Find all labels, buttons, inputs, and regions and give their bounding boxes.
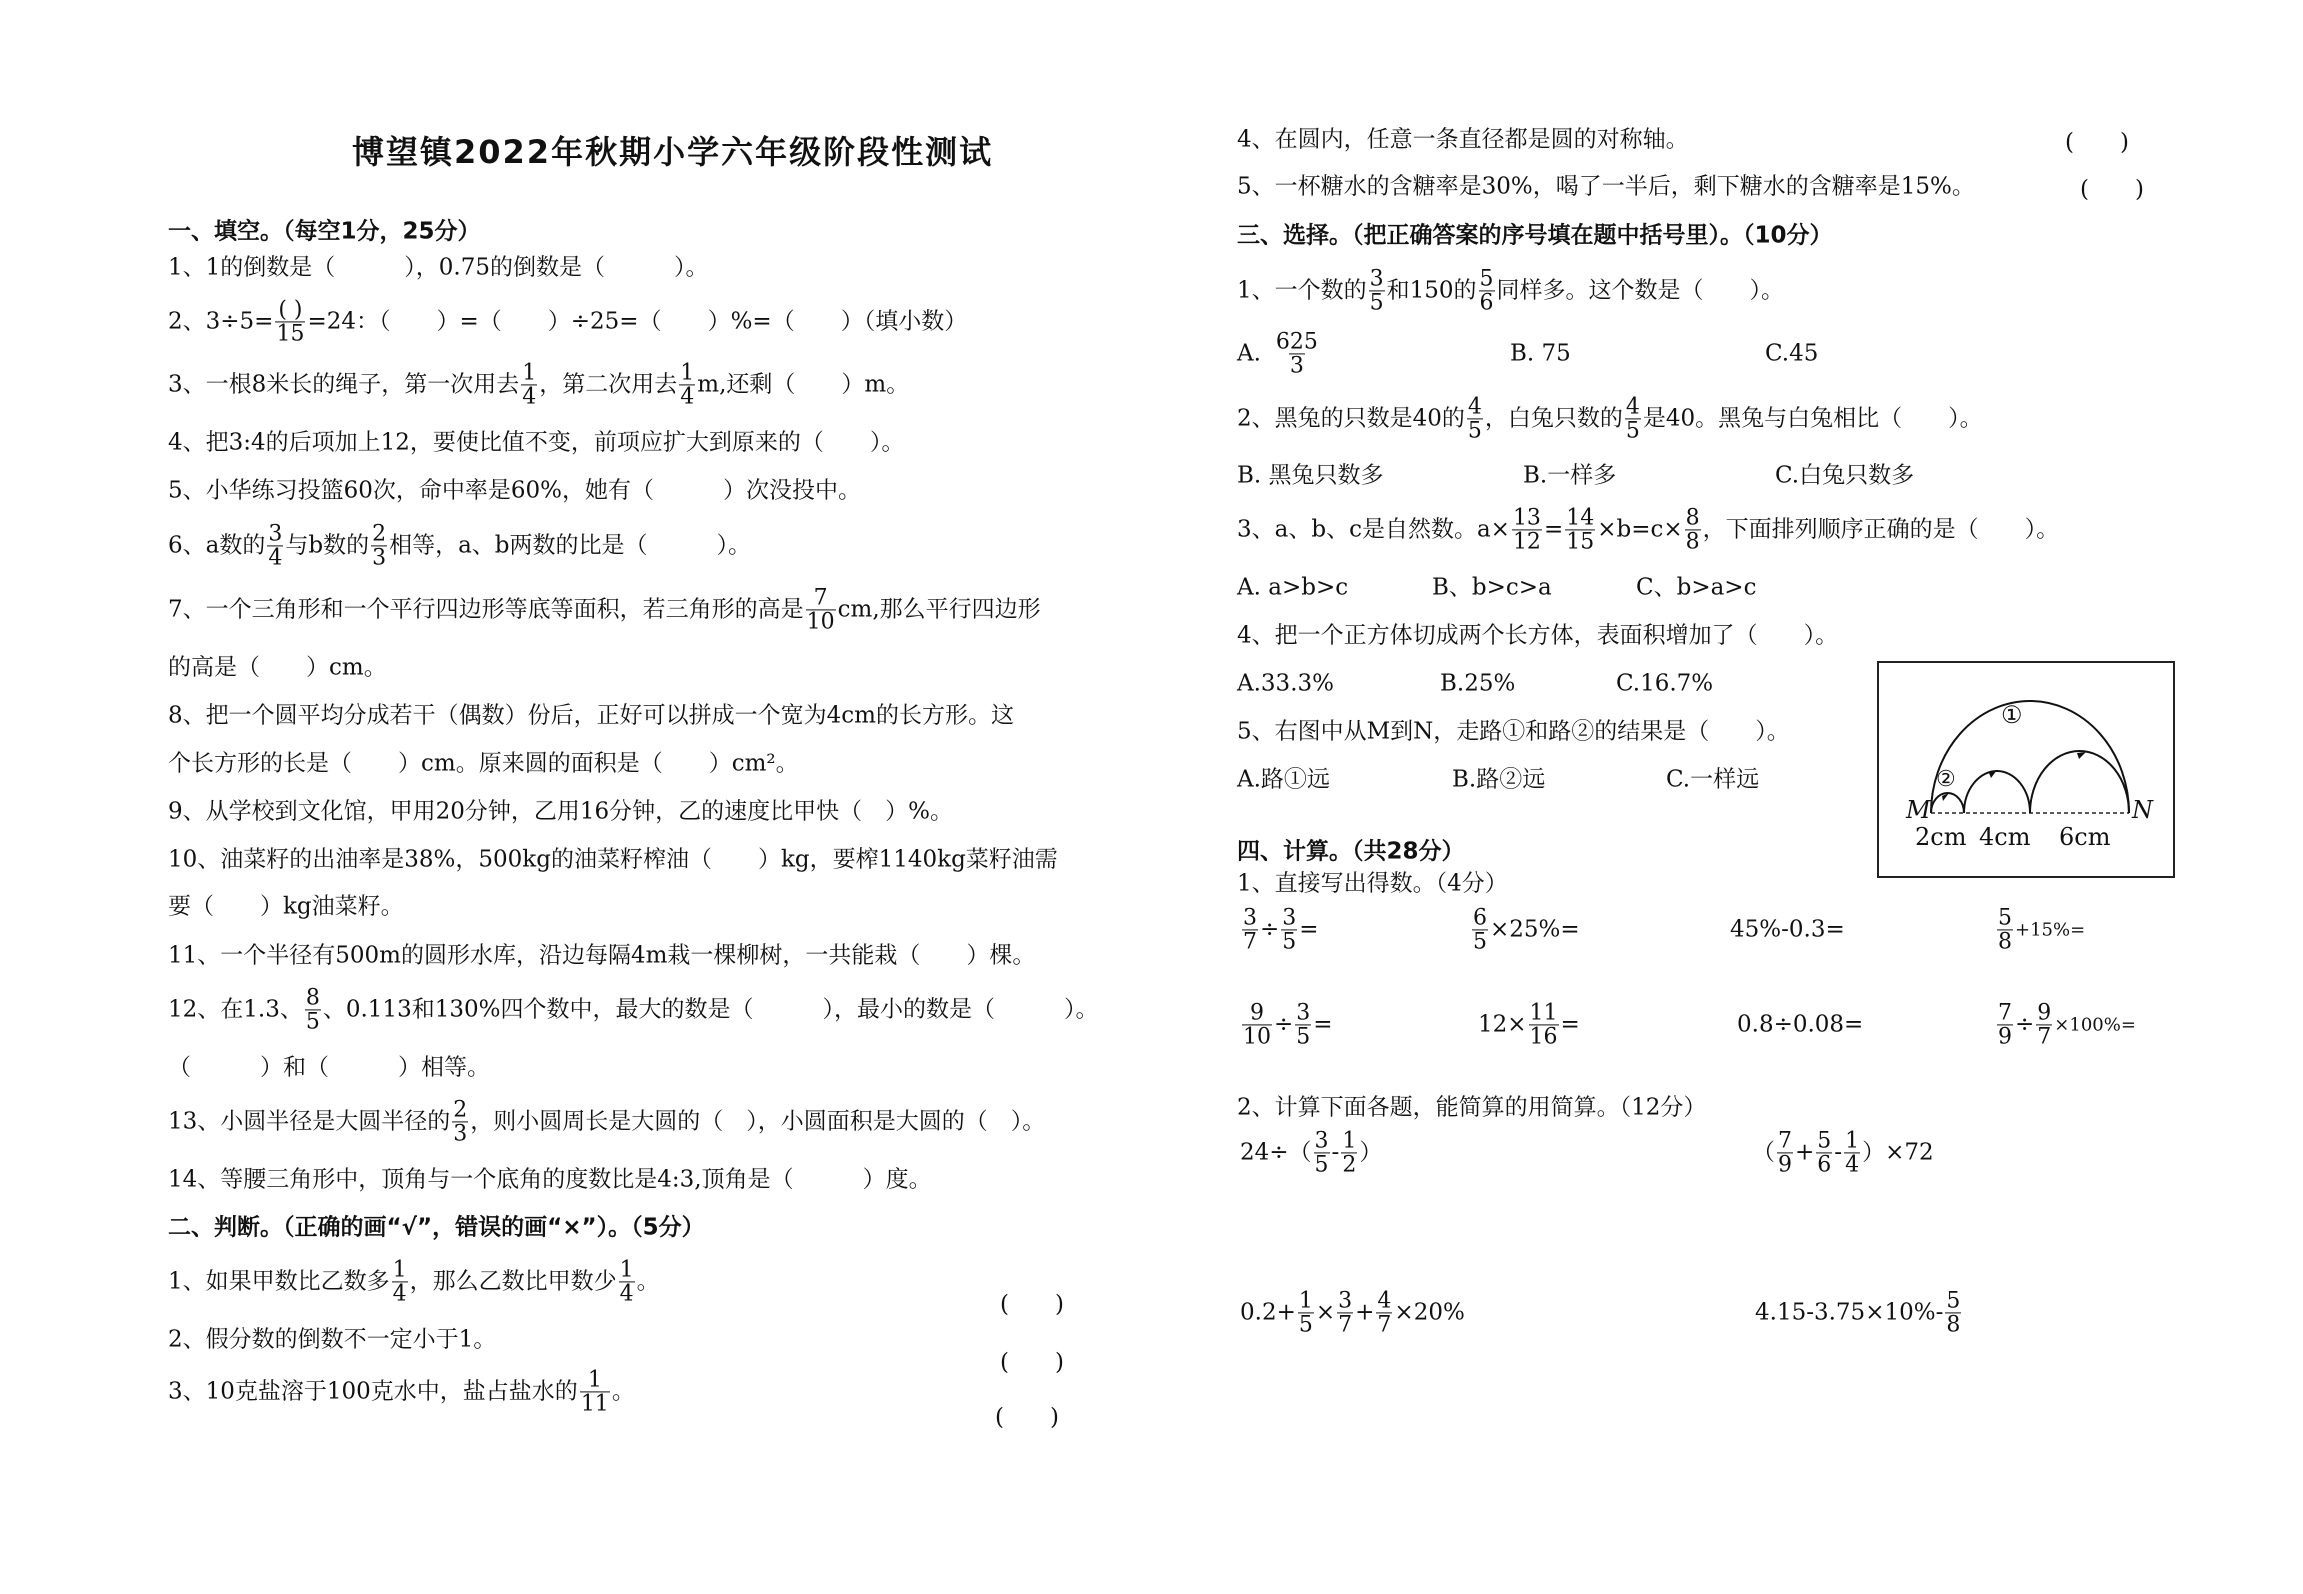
- fraction: 47: [1376, 1289, 1392, 1336]
- choice-q4: 4、把一个正方体切成两个长方体，表面积增加了（ ）。: [1237, 625, 1838, 648]
- fraction: ( )15: [275, 298, 305, 345]
- fill-q14: 14、等腰三角形中，顶角与一个底角的度数比是4:3,顶角是（ ）度。: [168, 1169, 932, 1192]
- segment-6cm-label: 6cm: [2059, 823, 2110, 851]
- calc-prefix: 12×: [1478, 1014, 1527, 1037]
- choice-q3-option-b[interactable]: B、b>c>a: [1432, 577, 1552, 600]
- choice-q1-option-c[interactable]: C.45: [1765, 343, 1818, 366]
- fraction: 65: [1472, 906, 1488, 953]
- fill-q5: 5、小华练习投篮60次，命中率是60%，她有（ ）次没投中。: [168, 480, 861, 503]
- q6-text-c: 相等，a、b两数的比是（ ）。: [389, 535, 751, 558]
- fraction: 37: [1337, 1289, 1353, 1336]
- calc-item: 12× 1116 =: [1478, 1001, 1580, 1048]
- fraction: 79: [1777, 1129, 1793, 1176]
- fraction: 1116: [1529, 1001, 1559, 1048]
- operator: ÷: [1274, 1014, 1293, 1037]
- calc-item: 58 +15%=: [1995, 906, 2085, 953]
- fill-q10-line2: 要（ ）kg油菜籽。: [168, 896, 404, 919]
- calc-item: 45%-0.3=: [1730, 919, 1845, 942]
- calc-part1-heading: 1、直接写出得数。（4分）: [1237, 873, 1508, 896]
- q12-text-a: 12、在1.3、: [168, 999, 303, 1022]
- c1-text-a: 1、一个数的: [1237, 280, 1367, 303]
- expr-suffix: ）×72: [1862, 1142, 1934, 1165]
- q13-text-a: 13、小圆半径是大圆半径的: [168, 1111, 450, 1134]
- calc-item: 37 ÷ 35 =: [1240, 906, 1319, 953]
- judge-q2: 2、假分数的倒数不一定小于1。: [168, 1329, 496, 1352]
- c1-text-b: 和150的: [1387, 280, 1477, 303]
- c2-text-b: ，白兔只数的: [1485, 408, 1623, 431]
- j3-text-a: 3、10克盐溶于100克水中，盐占盐水的: [168, 1381, 578, 1404]
- fraction: 35: [1295, 1001, 1311, 1048]
- choice-q5-option-c[interactable]: C.一样远: [1666, 769, 1759, 792]
- fill-q6: 6、a数的 34 与b数的 23 相等，a、b两数的比是（ ）。: [168, 522, 751, 569]
- choice-q4-option-a[interactable]: A.33.3%: [1237, 673, 1334, 696]
- choice-q1: 1、一个数的 35 和150的 56 同样多。这个数是（ ）。: [1237, 267, 1784, 314]
- fill-q9: 9、从学校到文化馆，甲用20分钟，乙用16分钟，乙的速度比甲快（ ）%。: [168, 801, 953, 824]
- expr-prefix: 4.15-3.75×10%-: [1755, 1302, 1943, 1325]
- choice-q3-option-a[interactable]: A. a>b>c: [1237, 577, 1348, 600]
- fraction: 37: [1242, 906, 1258, 953]
- judge-q3: 3、10克盐溶于100克水中，盐占盐水的 111 。: [168, 1368, 635, 1415]
- choice-q1-option-b[interactable]: B. 75: [1510, 343, 1571, 366]
- c2-text-a: 2、黑兔的只数是40的: [1237, 408, 1465, 431]
- choice-q1-option-a[interactable]: A. 6253: [1237, 330, 1321, 377]
- calc-item: 65 ×25%=: [1470, 906, 1580, 953]
- calc-expression: 24÷（ 35 - 12 ）: [1240, 1129, 1382, 1176]
- section3-heading: 三、选择。（把正确答案的序号填在题中括号里）。（10分）: [1237, 225, 1833, 248]
- fraction: 1415: [1565, 506, 1595, 553]
- equals-tail: +15%=: [2015, 921, 2085, 939]
- operator: ÷: [2015, 1014, 2034, 1037]
- fraction: 12: [1341, 1129, 1357, 1176]
- equals-tail: ×25%=: [1490, 919, 1580, 942]
- answer-bracket[interactable]: ( ): [1000, 1344, 1064, 1377]
- choice-q4-option-b[interactable]: B.25%: [1440, 673, 1515, 696]
- equals-tail: =: [1313, 1014, 1332, 1037]
- c2-text-c: 是40。黑兔与白兔相比（ ）。: [1643, 408, 1983, 431]
- fill-q1: 1、1的倒数是（ ），0.75的倒数是（ ）。: [168, 257, 708, 280]
- fill-q2: 2、3÷5= ( )15 =24：（ ）=（ ）÷25=（ ）%=（ ）（填小数…: [168, 298, 967, 345]
- answer-bracket[interactable]: ( ): [1000, 1286, 1064, 1319]
- equals-sign: =: [1544, 519, 1563, 542]
- choice-q2-option-a[interactable]: B. 黑兔只数多: [1237, 465, 1384, 488]
- choice-q2-option-b[interactable]: B.一样多: [1523, 465, 1616, 488]
- fill-q8-line2: 个长方形的长是（ ）cm。原来圆的面积是（ ）cm²。: [168, 753, 799, 776]
- calc-item: 0.8÷0.08=: [1737, 1014, 1863, 1037]
- fraction: 45: [1467, 395, 1483, 442]
- q3-text-c: m,还剩（ ）m。: [697, 374, 909, 397]
- fraction: 910: [1242, 1001, 1272, 1048]
- fraction: 56: [1479, 267, 1495, 314]
- semicircle-path-diagram: ① ② M N 2cm 4cm 6cm: [1877, 661, 2175, 878]
- equals-tail: =: [1561, 1014, 1580, 1037]
- q2-pre: 2、3÷5=: [168, 311, 273, 334]
- q12-text-b: 、0.113和130%四个数中，最大的数是（ ），最小的数是（ ）。: [323, 999, 1099, 1022]
- q6-text-a: 6、a数的: [168, 535, 265, 558]
- c3-text-c: ，下面排列顺序正确的是（ ）。: [1703, 519, 2060, 542]
- option-label: A.: [1237, 343, 1261, 366]
- path1-label: ①: [2001, 701, 2023, 729]
- choice-q2-option-c[interactable]: C.白兔只数多: [1775, 465, 1914, 488]
- c3-text-a: 3、a、b、c是自然数。a×: [1237, 519, 1510, 542]
- calc-expression: 0.2+ 15 × 37 + 47 ×20%: [1240, 1289, 1465, 1336]
- judge-q1: 1、如果甲数比乙数多 14 ，那么乙数比甲数少 14 。: [168, 1258, 660, 1305]
- judge-q4: 4、在圆内，任意一条直径都是圆的对称轴。: [1237, 129, 1689, 152]
- judge-q5: 5、一杯糖水的含糖率是30%，喝了一半后，剩下糖水的含糖率是15%。: [1237, 176, 1975, 199]
- q3-text-b: ，第二次用去: [539, 374, 677, 397]
- fraction: 710: [806, 586, 836, 633]
- section1-heading: 一、填空。（每空1分，25分）: [168, 221, 481, 244]
- path2-label: ②: [1936, 767, 1956, 792]
- expr-prefix: 0.2+: [1240, 1302, 1296, 1325]
- fraction: 23: [452, 1098, 468, 1145]
- fill-q7: 7、一个三角形和一个平行四边形等底等面积，若三角形的高是 710 cm,那么平行…: [168, 586, 1041, 633]
- calc-part2-heading: 2、计算下面各题，能简算的用简算。（12分）: [1237, 1097, 1706, 1120]
- fraction: 45: [1625, 395, 1641, 442]
- section2-heading: 二、判断。（正确的画“√”，错误的画“×”）。（5分）: [168, 1217, 705, 1240]
- j1-text-c: 。: [637, 1271, 660, 1294]
- q6-text-b: 与b数的: [285, 535, 369, 558]
- fraction: 88: [1685, 506, 1701, 553]
- fill-q11: 11、一个半径有500m的圆形水库，沿边每隔4m栽一棵柳树，一共能栽（ ）棵。: [168, 945, 1035, 968]
- fraction: 1312: [1512, 506, 1542, 553]
- q3-text-a: 3、一根8米长的绳子，第一次用去: [168, 374, 519, 397]
- fraction: 79: [1997, 1001, 2013, 1048]
- operator: +: [1795, 1142, 1814, 1165]
- calc-expression: 4.15-3.75×10%- 58: [1755, 1289, 1963, 1336]
- answer-bracket[interactable]: ( ): [995, 1399, 1059, 1432]
- calc-item: 79 ÷ 97 ×100%=: [1995, 1001, 2136, 1048]
- equals-tail: ×100%=: [2054, 1016, 2136, 1034]
- choice-q5: 5、右图中从M到N，走路①和路②的结果是（ ）。: [1237, 721, 1790, 744]
- q7-text-a: 7、一个三角形和一个平行四边形等底等面积，若三角形的高是: [168, 599, 804, 622]
- segment-2cm-label: 2cm: [1915, 823, 1966, 851]
- fraction: 85: [305, 986, 321, 1033]
- fraction: 35: [1314, 1129, 1330, 1176]
- operator: +: [1355, 1302, 1374, 1325]
- expr-suffix: ×20%: [1394, 1302, 1464, 1325]
- section4-heading: 四、计算。（共28分）: [1237, 841, 1465, 864]
- j3-text-b: 。: [612, 1381, 635, 1404]
- expr-prefix: （: [1752, 1142, 1775, 1165]
- fraction: 23: [371, 522, 387, 569]
- fraction: 56: [1816, 1129, 1832, 1176]
- q7-text-b: cm,那么平行四边形: [838, 599, 1041, 622]
- choice-q3: 3、a、b、c是自然数。a× 1312 = 1415 ×b=c× 88 ，下面排…: [1237, 506, 2059, 553]
- answer-bracket[interactable]: ( ): [2065, 124, 2129, 157]
- fill-q12: 12、在1.3、 85 、0.113和130%四个数中，最大的数是（ ），最小的…: [168, 986, 1098, 1033]
- q2-post: =24：（ ）=（ ）÷25=（ ）%=（ ）（填小数）: [307, 311, 967, 334]
- fill-q4: 4、把3:4的后项加上12，要使比值不变，前项应扩大到原来的（ ）。: [168, 432, 904, 455]
- point-n-label: N: [2132, 796, 2153, 824]
- fraction: 14: [392, 1258, 408, 1305]
- expr-prefix: 24÷（: [1240, 1142, 1312, 1165]
- operator: -: [1834, 1142, 1842, 1165]
- operator: ÷: [1260, 919, 1279, 942]
- j1-text-a: 1、如果甲数比乙数多: [168, 1271, 390, 1294]
- fill-q12-line2: （ ）和（ ）相等。: [168, 1057, 490, 1080]
- segment-4cm-label: 4cm: [1979, 823, 2030, 851]
- fraction: 58: [1945, 1289, 1961, 1336]
- fraction: 14: [1844, 1129, 1860, 1176]
- page-title: 博望镇2022年秋期小学六年级阶段性测试: [352, 127, 993, 173]
- choice-q3-option-c[interactable]: C、b>a>c: [1636, 577, 1756, 600]
- j1-text-b: ，那么乙数比甲数少: [410, 1271, 617, 1294]
- c1-text-c: 同样多。这个数是（ ）。: [1497, 280, 1785, 303]
- fill-q13: 13、小圆半径是大圆半径的 23 ，则小圆周长是大圆的（ ），小圆面积是大圆的（…: [168, 1098, 1045, 1145]
- point-m-label: M: [1906, 796, 1931, 824]
- fill-q7-line2: 的高是（ ）cm。: [168, 657, 387, 680]
- fraction: 15: [1298, 1289, 1314, 1336]
- choice-q4-option-c[interactable]: C.16.7%: [1616, 673, 1713, 696]
- fraction: 14: [521, 361, 537, 408]
- operator: ×: [1316, 1302, 1335, 1325]
- fill-q8: 8、把一个圆平均分成若干（偶数）份后，正好可以拼成一个宽为4cm的长方形。这: [168, 705, 1014, 728]
- operator: -: [1332, 1142, 1340, 1165]
- fraction: 14: [679, 361, 695, 408]
- calc-expression: （ 79 + 56 - 14 ）×72: [1752, 1129, 1934, 1176]
- c3-text-b: ×b=c×: [1597, 519, 1682, 542]
- fraction: 34: [267, 522, 283, 569]
- choice-q5-option-a[interactable]: A.路①远: [1237, 769, 1330, 792]
- fraction: 35: [1369, 267, 1385, 314]
- fraction: 58: [1997, 906, 2013, 953]
- q13-text-b: ，则小圆周长是大圆的（ ），小圆面积是大圆的（ ）。: [470, 1111, 1045, 1134]
- fraction: 6253: [1275, 330, 1319, 377]
- choice-q5-option-b[interactable]: B.路②远: [1452, 769, 1545, 792]
- answer-bracket[interactable]: ( ): [2080, 171, 2144, 204]
- calc-item: 910 ÷ 35 =: [1240, 1001, 1333, 1048]
- fill-q3: 3、一根8米长的绳子，第一次用去 14 ，第二次用去 14 m,还剩（ ）m。: [168, 361, 909, 408]
- fill-q10: 10、油菜籽的出油率是38%，500kg的油菜籽榨油（ ）kg，要榨1140kg…: [168, 849, 1058, 872]
- fraction: 35: [1281, 906, 1297, 953]
- fraction: 111: [580, 1368, 610, 1415]
- fraction: 97: [2036, 1001, 2052, 1048]
- expr-suffix: ）: [1359, 1142, 1382, 1165]
- choice-q2: 2、黑兔的只数是40的 45 ，白兔只数的 45 是40。黑兔与白兔相比（ ）。: [1237, 395, 1983, 442]
- equals-tail: =: [1299, 919, 1318, 942]
- fraction: 14: [619, 1258, 635, 1305]
